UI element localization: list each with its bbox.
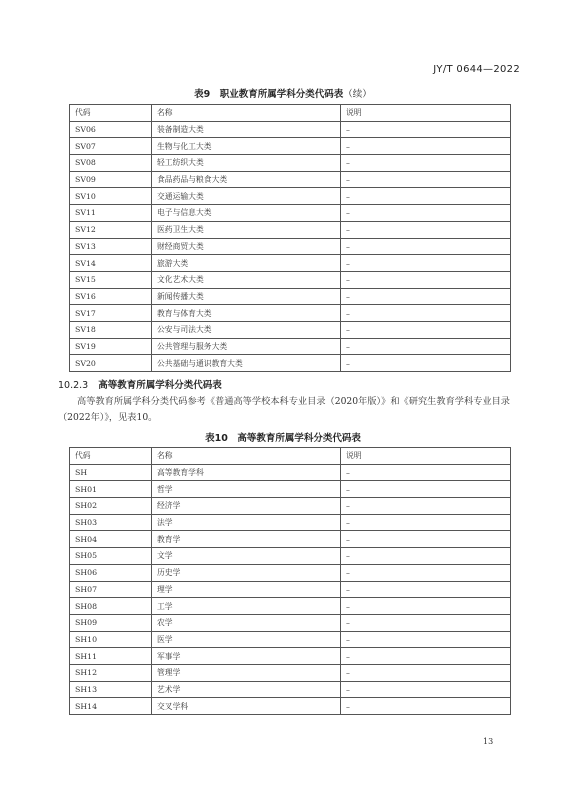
table-row: SH04教育学– — [70, 531, 511, 548]
cell-note: – — [341, 548, 511, 565]
cell-code: SV09 — [70, 171, 152, 188]
table9: 代码 名称 说明 SV06装备制造大类–SV07生物与化工大类–SV08轻工纺织… — [69, 104, 511, 372]
table-row: SH06历史学– — [70, 564, 511, 581]
cell-name: 旅游大类 — [152, 255, 341, 272]
table-row: SH05文学– — [70, 548, 511, 565]
table-row: SV15文化艺术大类– — [70, 271, 511, 288]
cell-note: – — [341, 338, 511, 355]
cell-note: – — [341, 221, 511, 238]
cell-name: 文化艺术大类 — [152, 271, 341, 288]
table-row: SH11军事学– — [70, 648, 511, 665]
cell-note: – — [341, 698, 511, 715]
cell-note: – — [341, 238, 511, 255]
cell-note: – — [341, 481, 511, 498]
table-row: SH01哲学– — [70, 481, 511, 498]
cell-note: – — [341, 205, 511, 222]
cell-code: SH08 — [70, 598, 152, 615]
cell-note: – — [341, 305, 511, 322]
cell-code: SH12 — [70, 664, 152, 681]
cell-code: SH06 — [70, 564, 152, 581]
cell-name: 医学 — [152, 631, 341, 648]
cell-name: 历史学 — [152, 564, 341, 581]
table-row: SV12医药卫生大类– — [70, 221, 511, 238]
cell-note: – — [341, 464, 511, 481]
cell-note: – — [341, 155, 511, 172]
cell-name: 交通运输大类 — [152, 188, 341, 205]
cell-code: SH — [70, 464, 152, 481]
table-row: SV16新闻传播大类– — [70, 288, 511, 305]
cell-name: 哲学 — [152, 481, 341, 498]
table-row: SV08轻工纺织大类– — [70, 155, 511, 172]
table10-caption: 表10 高等教育所属学科分类代码表 — [0, 430, 566, 444]
table9-caption: 表9 职业教育所属学科分类代码表（续） — [0, 86, 566, 100]
table-row: SH03法学– — [70, 514, 511, 531]
cell-name: 工学 — [152, 598, 341, 615]
cell-code: SH14 — [70, 698, 152, 715]
cell-code: SV15 — [70, 271, 152, 288]
cell-name: 生物与化工大类 — [152, 138, 341, 155]
cell-name: 管理学 — [152, 664, 341, 681]
cell-note: – — [341, 564, 511, 581]
cell-note: – — [341, 531, 511, 548]
cell-name: 教育学 — [152, 531, 341, 548]
section-number: 10.2.3 — [58, 380, 88, 391]
table-row: SV13财经商贸大类– — [70, 238, 511, 255]
cell-name: 经济学 — [152, 498, 341, 515]
page-number: 13 — [483, 737, 493, 746]
cell-name: 电子与信息大类 — [152, 205, 341, 222]
table9-caption-text: 表9 职业教育所属学科分类代码表 — [194, 89, 343, 100]
cell-code: SV16 — [70, 288, 152, 305]
cell-name: 财经商贸大类 — [152, 238, 341, 255]
column-header-name: 名称 — [152, 105, 341, 122]
cell-name: 新闻传播大类 — [152, 288, 341, 305]
table-row: SV18公安与司法大类– — [70, 321, 511, 338]
table-row: SH02经济学– — [70, 498, 511, 515]
cell-name: 农学 — [152, 614, 341, 631]
cell-note: – — [341, 631, 511, 648]
cell-name: 艺术学 — [152, 681, 341, 698]
cell-code: SH10 — [70, 631, 152, 648]
cell-code: SV07 — [70, 138, 152, 155]
cell-code: SV18 — [70, 321, 152, 338]
cell-note: – — [341, 271, 511, 288]
section-paragraph: 高等教育所属学科分类代码参考《普通高等学校本科专业目录（2020年版）》和《研究… — [58, 394, 510, 426]
cell-code: SH04 — [70, 531, 152, 548]
cell-name: 军事学 — [152, 648, 341, 665]
column-header-note: 说明 — [341, 105, 511, 122]
cell-name: 装备制造大类 — [152, 121, 341, 138]
cell-note: – — [341, 321, 511, 338]
table-row: SV06装备制造大类– — [70, 121, 511, 138]
cell-name: 交叉学科 — [152, 698, 341, 715]
cell-code: SH02 — [70, 498, 152, 515]
table-row: SH09农学– — [70, 614, 511, 631]
cell-name: 理学 — [152, 581, 341, 598]
cell-name: 教育与体育大类 — [152, 305, 341, 322]
table-row: SV20公共基础与通识教育大类– — [70, 355, 511, 372]
cell-code: SH11 — [70, 648, 152, 665]
cell-name: 食品药品与粮食大类 — [152, 171, 341, 188]
cell-code: SH01 — [70, 481, 152, 498]
cell-code: SV11 — [70, 205, 152, 222]
table-row: SV19公共管理与服务大类– — [70, 338, 511, 355]
table-row: SV17教育与体育大类– — [70, 305, 511, 322]
table-row: SH高等教育学科– — [70, 464, 511, 481]
cell-note: – — [341, 514, 511, 531]
table-row: SH12管理学– — [70, 664, 511, 681]
table-row: SH07理学– — [70, 581, 511, 598]
section-title: 高等教育所属学科分类代码表 — [98, 380, 222, 391]
table10: 代码 名称 说明 SH高等教育学科–SH01哲学–SH02经济学–SH03法学–… — [69, 447, 511, 715]
table-row: SV14旅游大类– — [70, 255, 511, 272]
cell-note: – — [341, 255, 511, 272]
cell-note: – — [341, 355, 511, 372]
table-row: SH13艺术学– — [70, 681, 511, 698]
column-header-code: 代码 — [70, 448, 152, 465]
cell-code: SV20 — [70, 355, 152, 372]
section-heading: 10.2.3高等教育所属学科分类代码表 — [58, 377, 222, 391]
table-row: SV07生物与化工大类– — [70, 138, 511, 155]
table-row: SH10医学– — [70, 631, 511, 648]
cell-code: SH03 — [70, 514, 152, 531]
table-row: SV09食品药品与粮食大类– — [70, 171, 511, 188]
cell-name: 公安与司法大类 — [152, 321, 341, 338]
table-header-row: 代码 名称 说明 — [70, 105, 511, 122]
table-row: SV10交通运输大类– — [70, 188, 511, 205]
cell-code: SV14 — [70, 255, 152, 272]
cell-name: 公共基础与通识教育大类 — [152, 355, 341, 372]
cell-code: SV08 — [70, 155, 152, 172]
cell-note: – — [341, 171, 511, 188]
cell-name: 法学 — [152, 514, 341, 531]
cell-code: SV12 — [70, 221, 152, 238]
cell-note: – — [341, 498, 511, 515]
cell-name: 轻工纺织大类 — [152, 155, 341, 172]
cell-note: – — [341, 138, 511, 155]
cell-note: – — [341, 581, 511, 598]
cell-note: – — [341, 681, 511, 698]
cell-name: 高等教育学科 — [152, 464, 341, 481]
cell-code: SV06 — [70, 121, 152, 138]
table-header-row: 代码 名称 说明 — [70, 448, 511, 465]
cell-code: SH09 — [70, 614, 152, 631]
column-header-name: 名称 — [152, 448, 341, 465]
cell-code: SH05 — [70, 548, 152, 565]
table-row: SV11电子与信息大类– — [70, 205, 511, 222]
cell-code: SV17 — [70, 305, 152, 322]
column-header-code: 代码 — [70, 105, 152, 122]
cell-code: SH13 — [70, 681, 152, 698]
cell-note: – — [341, 614, 511, 631]
cell-note: – — [341, 288, 511, 305]
cell-code: SV19 — [70, 338, 152, 355]
table-row: SH14交叉学科– — [70, 698, 511, 715]
cell-note: – — [341, 121, 511, 138]
cell-name: 文学 — [152, 548, 341, 565]
table9-caption-continued: （续） — [343, 89, 372, 100]
standard-code: JY/T 0644—2022 — [433, 64, 520, 75]
cell-name: 公共管理与服务大类 — [152, 338, 341, 355]
cell-note: – — [341, 598, 511, 615]
cell-code: SV13 — [70, 238, 152, 255]
cell-note: – — [341, 188, 511, 205]
cell-note: – — [341, 648, 511, 665]
cell-name: 医药卫生大类 — [152, 221, 341, 238]
cell-code: SV10 — [70, 188, 152, 205]
column-header-note: 说明 — [341, 448, 511, 465]
table-row: SH08工学– — [70, 598, 511, 615]
cell-code: SH07 — [70, 581, 152, 598]
cell-note: – — [341, 664, 511, 681]
